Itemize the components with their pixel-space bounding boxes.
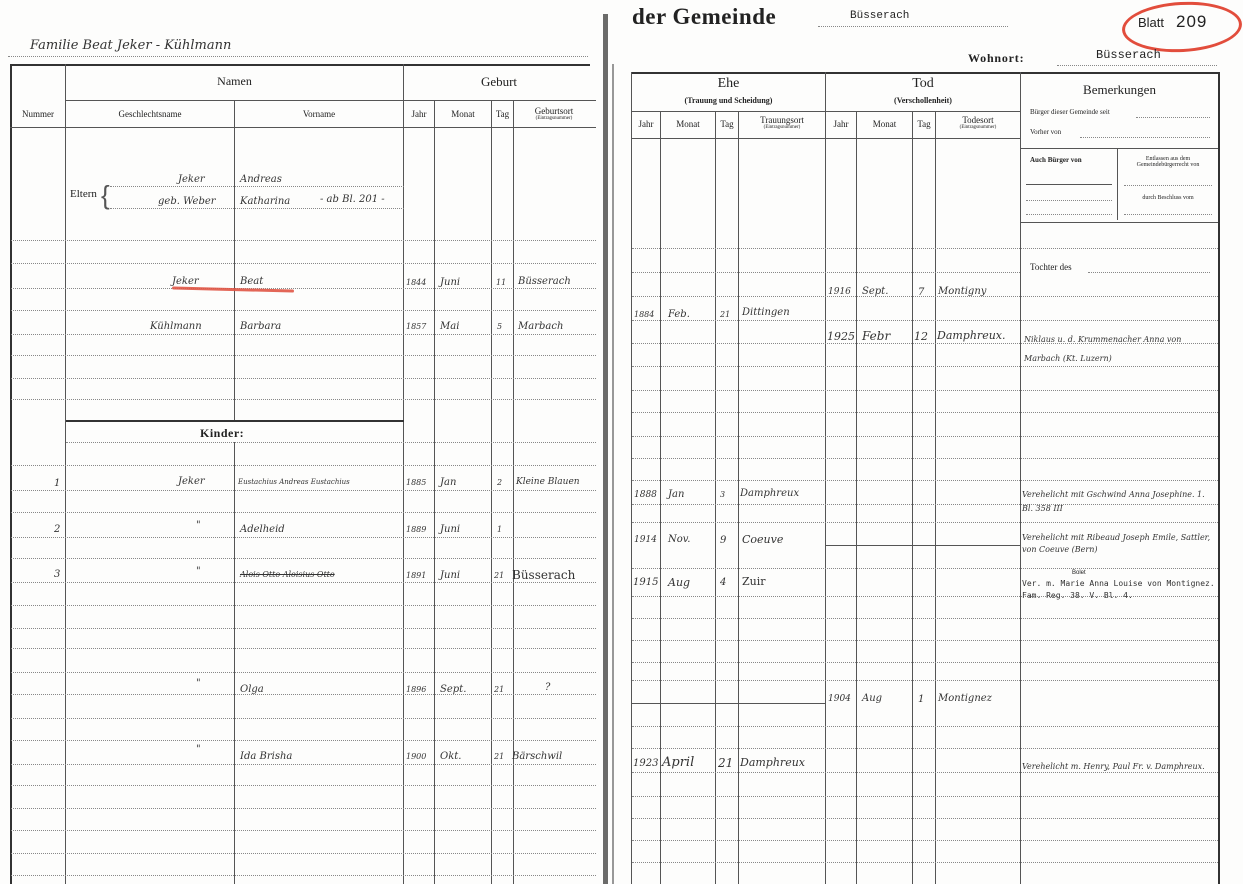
col-divider	[660, 112, 661, 884]
rule	[632, 458, 1218, 459]
rule	[632, 272, 1020, 273]
col-divider	[513, 100, 514, 884]
kind-month: Okt.	[440, 751, 461, 762]
rule	[11, 378, 596, 379]
table-left-border	[10, 64, 12, 884]
rule	[632, 320, 1218, 321]
rule	[11, 830, 596, 831]
kind-firstname: Ida Brisha	[240, 751, 292, 762]
col-trauungsort-label: Trauungsort	[760, 115, 804, 125]
kind-place: ?	[545, 682, 550, 693]
rule	[11, 605, 596, 606]
ehe-jahr: 1923	[633, 758, 658, 769]
tod-jahr: 1925	[827, 330, 855, 343]
col-divider	[403, 64, 404, 884]
entlassen-label: Entlassen aus dem Gemeindebürgerrecht vo…	[1122, 156, 1214, 168]
title-underline	[8, 56, 588, 57]
col-todesort-label: Todesort	[962, 115, 993, 125]
ehe-monat: April	[662, 755, 694, 770]
col-todesort-sub: (Eintragsnummer)	[936, 125, 1020, 130]
rule	[11, 263, 596, 264]
header-bottom	[10, 127, 596, 128]
table-right-border	[1218, 72, 1220, 884]
tod-monat: Aug	[862, 693, 882, 704]
rule	[11, 672, 596, 673]
col-divider	[491, 100, 492, 884]
rule	[11, 310, 596, 311]
bemerkung: Verehelicht mit Gschwind Anna Josephine.…	[1022, 488, 1216, 516]
kind-place: Büsserach	[512, 568, 575, 582]
rule	[66, 442, 596, 443]
ehe-jahr: 1884	[634, 310, 654, 319]
rule	[632, 480, 1218, 481]
table-top-border	[10, 64, 590, 66]
col-divider	[434, 100, 435, 884]
rule	[1080, 137, 1210, 138]
header-bemerkungen: Bemerkungen	[1021, 82, 1218, 98]
rule	[1136, 117, 1210, 118]
header-geburt: Geburt	[404, 74, 594, 90]
ehe-monat: Jan	[668, 489, 684, 500]
birth-year: 1857	[406, 322, 426, 331]
wohnort-label: Wohnort:	[968, 51, 1024, 66]
tod-tag: 7	[918, 287, 924, 298]
rule	[632, 412, 1218, 413]
ehe-tag: 21	[720, 310, 730, 319]
rule	[632, 248, 1218, 249]
vorher-von-label: Vorher von	[1030, 128, 1061, 136]
ehe-ort: Damphreux	[740, 756, 805, 769]
father-firstname: Andreas	[240, 174, 282, 185]
header-divider	[66, 100, 596, 101]
person-firstname: Barbara	[240, 321, 281, 332]
rule	[632, 726, 1218, 727]
divider	[826, 545, 1020, 546]
book-spine-inner	[612, 64, 614, 884]
ehe-ort: Dittingen	[742, 307, 790, 318]
col-divider	[912, 112, 913, 884]
rule	[632, 796, 1218, 797]
ehe-jahr: 1915	[633, 577, 658, 588]
person-firstname: Beat	[240, 276, 263, 287]
kind-surname: "	[196, 566, 201, 577]
col-nummer: Nummer	[11, 109, 65, 119]
col-tod-jahr: Jahr	[826, 119, 856, 129]
col-divider	[1020, 72, 1021, 884]
rule	[632, 618, 1218, 619]
kinder-divider	[66, 420, 404, 422]
kind-day: 2	[497, 478, 502, 487]
mother-firstname: Katharina	[240, 196, 290, 207]
ehe-ort: Damphreux	[740, 488, 799, 499]
col-geburtsort-sub: (Eintragsnummer)	[514, 116, 594, 121]
tod-ort: Damphreux.	[937, 329, 1006, 342]
rule	[11, 512, 596, 513]
table-top-border	[631, 72, 1219, 74]
col-trauungsort-sub: (Eintragsnummer)	[739, 125, 825, 130]
gemeinde-value: Büsserach	[850, 10, 909, 22]
kind-firstname: Eustachius Andreas Eustachius	[238, 478, 350, 486]
col-divider	[234, 442, 235, 884]
bemerkung: Niklaus u. d. Krummenacher Anna von Marb…	[1024, 330, 1214, 368]
kind-firstname: Adelheid	[240, 524, 285, 535]
rule	[11, 808, 596, 809]
ehe-ort: Coeuve	[742, 533, 783, 546]
durch-beschluss-label: durch Beschluss vom	[1122, 195, 1214, 201]
kind-nummer: 3	[54, 569, 60, 580]
tod-tag: 12	[914, 330, 928, 343]
rule	[632, 680, 1218, 681]
birth-month: Mai	[440, 321, 459, 332]
table-left-border	[631, 72, 632, 884]
ehe-monat: Nov.	[668, 534, 690, 545]
tod-tag: 1	[918, 694, 924, 705]
col-vorname: Vorname	[235, 109, 403, 119]
header-tod: Tod	[826, 76, 1020, 92]
header-bottom	[632, 138, 1020, 139]
col-geburtsort-label: Geburtsort	[535, 106, 574, 116]
header-ehe-sub: (Trauung und Scheidung)	[632, 96, 825, 105]
rule	[11, 399, 596, 400]
kind-nummer: 2	[54, 524, 60, 535]
rule	[818, 26, 1008, 27]
rule	[1124, 185, 1212, 186]
birth-place: Marbach	[518, 321, 563, 332]
ehe-tag: 4	[720, 577, 726, 588]
form-divider	[1021, 148, 1218, 149]
gemeinde-label: der Gemeinde	[632, 4, 776, 30]
col-monat: Monat	[435, 109, 491, 119]
birth-place: Büsserach	[518, 276, 571, 287]
tod-jahr: 1916	[828, 287, 851, 297]
kind-month: Sept.	[440, 684, 466, 695]
rule	[632, 390, 1218, 391]
rule	[632, 640, 1218, 641]
kind-year: 1885	[406, 478, 426, 487]
rule	[11, 785, 596, 786]
tochter-des-label: Tochter des	[1030, 262, 1072, 272]
kind-day: 21	[494, 752, 504, 761]
birth-day: 11	[496, 278, 506, 287]
col-jahr: Jahr	[404, 109, 434, 119]
mother-surname: geb. Weber	[158, 196, 216, 207]
blatt-number: 209	[1176, 12, 1207, 32]
kind-year: 1891	[406, 571, 426, 580]
rule	[632, 748, 1218, 749]
rule	[1026, 214, 1112, 215]
ehe-monat: Feb.	[668, 309, 690, 320]
col-tod-monat: Monat	[857, 119, 912, 129]
wohnort-value: Büsserach	[1096, 48, 1161, 62]
ehe-ort: Zuir	[742, 575, 766, 588]
col-divider	[935, 112, 936, 884]
kind-surname: "	[196, 744, 201, 755]
ehe-jahr: 1888	[634, 490, 657, 500]
person-surname: Kühlmann	[150, 321, 202, 332]
rule	[632, 296, 1218, 297]
rule	[11, 853, 596, 854]
ehe-tag: 9	[720, 535, 726, 546]
rule	[11, 334, 596, 335]
rule	[11, 288, 596, 289]
kind-surname: "	[196, 678, 201, 689]
col-ehe-jahr: Jahr	[632, 119, 660, 129]
rule	[632, 840, 1218, 841]
col-geburtsort: Geburtsort (Eintragsnummer)	[514, 106, 594, 121]
ehe-tag: 21	[718, 756, 733, 770]
col-ehe-monat: Monat	[661, 119, 715, 129]
ehe-tag: 3	[720, 490, 725, 499]
birth-month: Juni	[440, 277, 460, 288]
divider	[632, 703, 826, 704]
rule	[11, 582, 596, 583]
rule	[11, 490, 596, 491]
rule	[11, 740, 596, 741]
kinder-label: Kinder:	[200, 426, 244, 441]
rule	[110, 208, 404, 209]
bemerkung: Verehelicht mit Ribeaud Joseph Emile, Sa…	[1022, 532, 1216, 556]
col-divider	[65, 64, 66, 884]
col-tag: Tag	[492, 109, 513, 119]
rule	[1124, 214, 1212, 215]
kind-nummer: 1	[54, 478, 60, 489]
kind-place: Kleine Blauen	[516, 477, 580, 487]
father-surname: Jeker	[178, 174, 205, 185]
form-col-divider	[1117, 148, 1118, 220]
bemerkung: Verehelicht m. Henry, Paul Fr. v. Damphr…	[1022, 756, 1216, 778]
ehe-monat: Aug	[668, 576, 690, 589]
col-ehe-tag: Tag	[716, 119, 738, 129]
col-tod-tag: Tag	[913, 119, 935, 129]
col-divider	[825, 72, 826, 884]
tod-monat: Febr	[862, 329, 890, 343]
kind-month: Juni	[440, 570, 460, 581]
kind-firstname: Olga	[240, 684, 264, 695]
birth-day: 5	[497, 322, 502, 331]
rule	[11, 875, 596, 876]
eltern-label: Eltern	[70, 188, 97, 200]
left-page: Familie Beat Jeker - Kühlmann Namen Gebu…	[0, 0, 604, 884]
eltern-brace: {	[101, 180, 110, 211]
col-divider	[738, 112, 739, 884]
kind-year: 1896	[406, 685, 426, 694]
rule	[11, 694, 596, 695]
rule	[11, 465, 596, 466]
kind-day: 21	[494, 571, 504, 580]
blatt-label: Blatt	[1138, 15, 1164, 30]
kind-place: Bärschwil	[512, 751, 562, 762]
tod-ort: Montigny	[938, 286, 986, 297]
form-divider	[1021, 222, 1218, 223]
rule	[1088, 272, 1210, 273]
rule	[110, 186, 404, 187]
kind-year: 1900	[406, 752, 426, 761]
ehe-jahr: 1914	[634, 535, 657, 545]
header-ehe: Ehe	[632, 76, 825, 92]
rule	[11, 537, 596, 538]
col-divider	[856, 112, 857, 884]
rule	[632, 662, 1218, 663]
rule	[11, 240, 596, 241]
rule	[11, 764, 596, 765]
rule	[1026, 200, 1112, 201]
col-todesort: Todesort (Eintragsnummer)	[936, 115, 1020, 130]
rule	[632, 436, 1218, 437]
buerger-seit-label: Bürger dieser Gemeinde seit	[1030, 108, 1110, 116]
kind-surname: "	[196, 520, 201, 531]
header-tod-sub: (Verschollenheit)	[826, 96, 1020, 105]
kind-month: Juni	[440, 524, 460, 535]
person-surname: Jeker	[172, 276, 199, 287]
kind-month: Jan	[440, 477, 456, 488]
kind-firstname: Alois Otto Aloisius Otto	[240, 570, 335, 579]
rule	[1057, 65, 1217, 66]
kind-day: 1	[497, 525, 502, 534]
bemerkung-super: Bolet	[1072, 570, 1086, 576]
rule	[11, 718, 596, 719]
rule	[632, 818, 1218, 819]
col-divider	[234, 100, 235, 420]
rule	[632, 862, 1218, 863]
col-geschlechtsname: Geschlechtsname	[66, 109, 234, 119]
col-trauungsort: Trauungsort (Eintragsnummer)	[739, 115, 825, 130]
tod-ort: Montignez	[938, 693, 992, 704]
header-divider	[632, 111, 1020, 112]
auch-buerger-von-label: Auch Bürger von	[1030, 156, 1082, 164]
col-divider	[234, 400, 235, 420]
rule	[11, 628, 596, 629]
kind-surname: Jeker	[178, 476, 205, 487]
family-title: Familie Beat Jeker - Kühlmann	[30, 38, 231, 53]
tod-jahr: 1904	[828, 694, 851, 704]
rule	[1026, 184, 1112, 185]
rule	[632, 522, 1218, 523]
rule	[11, 355, 596, 356]
header-namen: Namen	[66, 74, 403, 89]
bemerkung: Ver. m. Marie Anna Louise von Montignez.…	[1022, 578, 1216, 602]
col-divider	[715, 112, 716, 884]
kind-day: 21	[494, 685, 504, 694]
rule	[11, 558, 596, 559]
tod-monat: Sept.	[862, 286, 888, 297]
rule	[632, 568, 1218, 569]
rule	[11, 648, 596, 649]
mother-note: - ab Bl. 201 -	[320, 194, 385, 205]
birth-year: 1844	[406, 278, 426, 287]
kind-year: 1889	[406, 525, 426, 534]
